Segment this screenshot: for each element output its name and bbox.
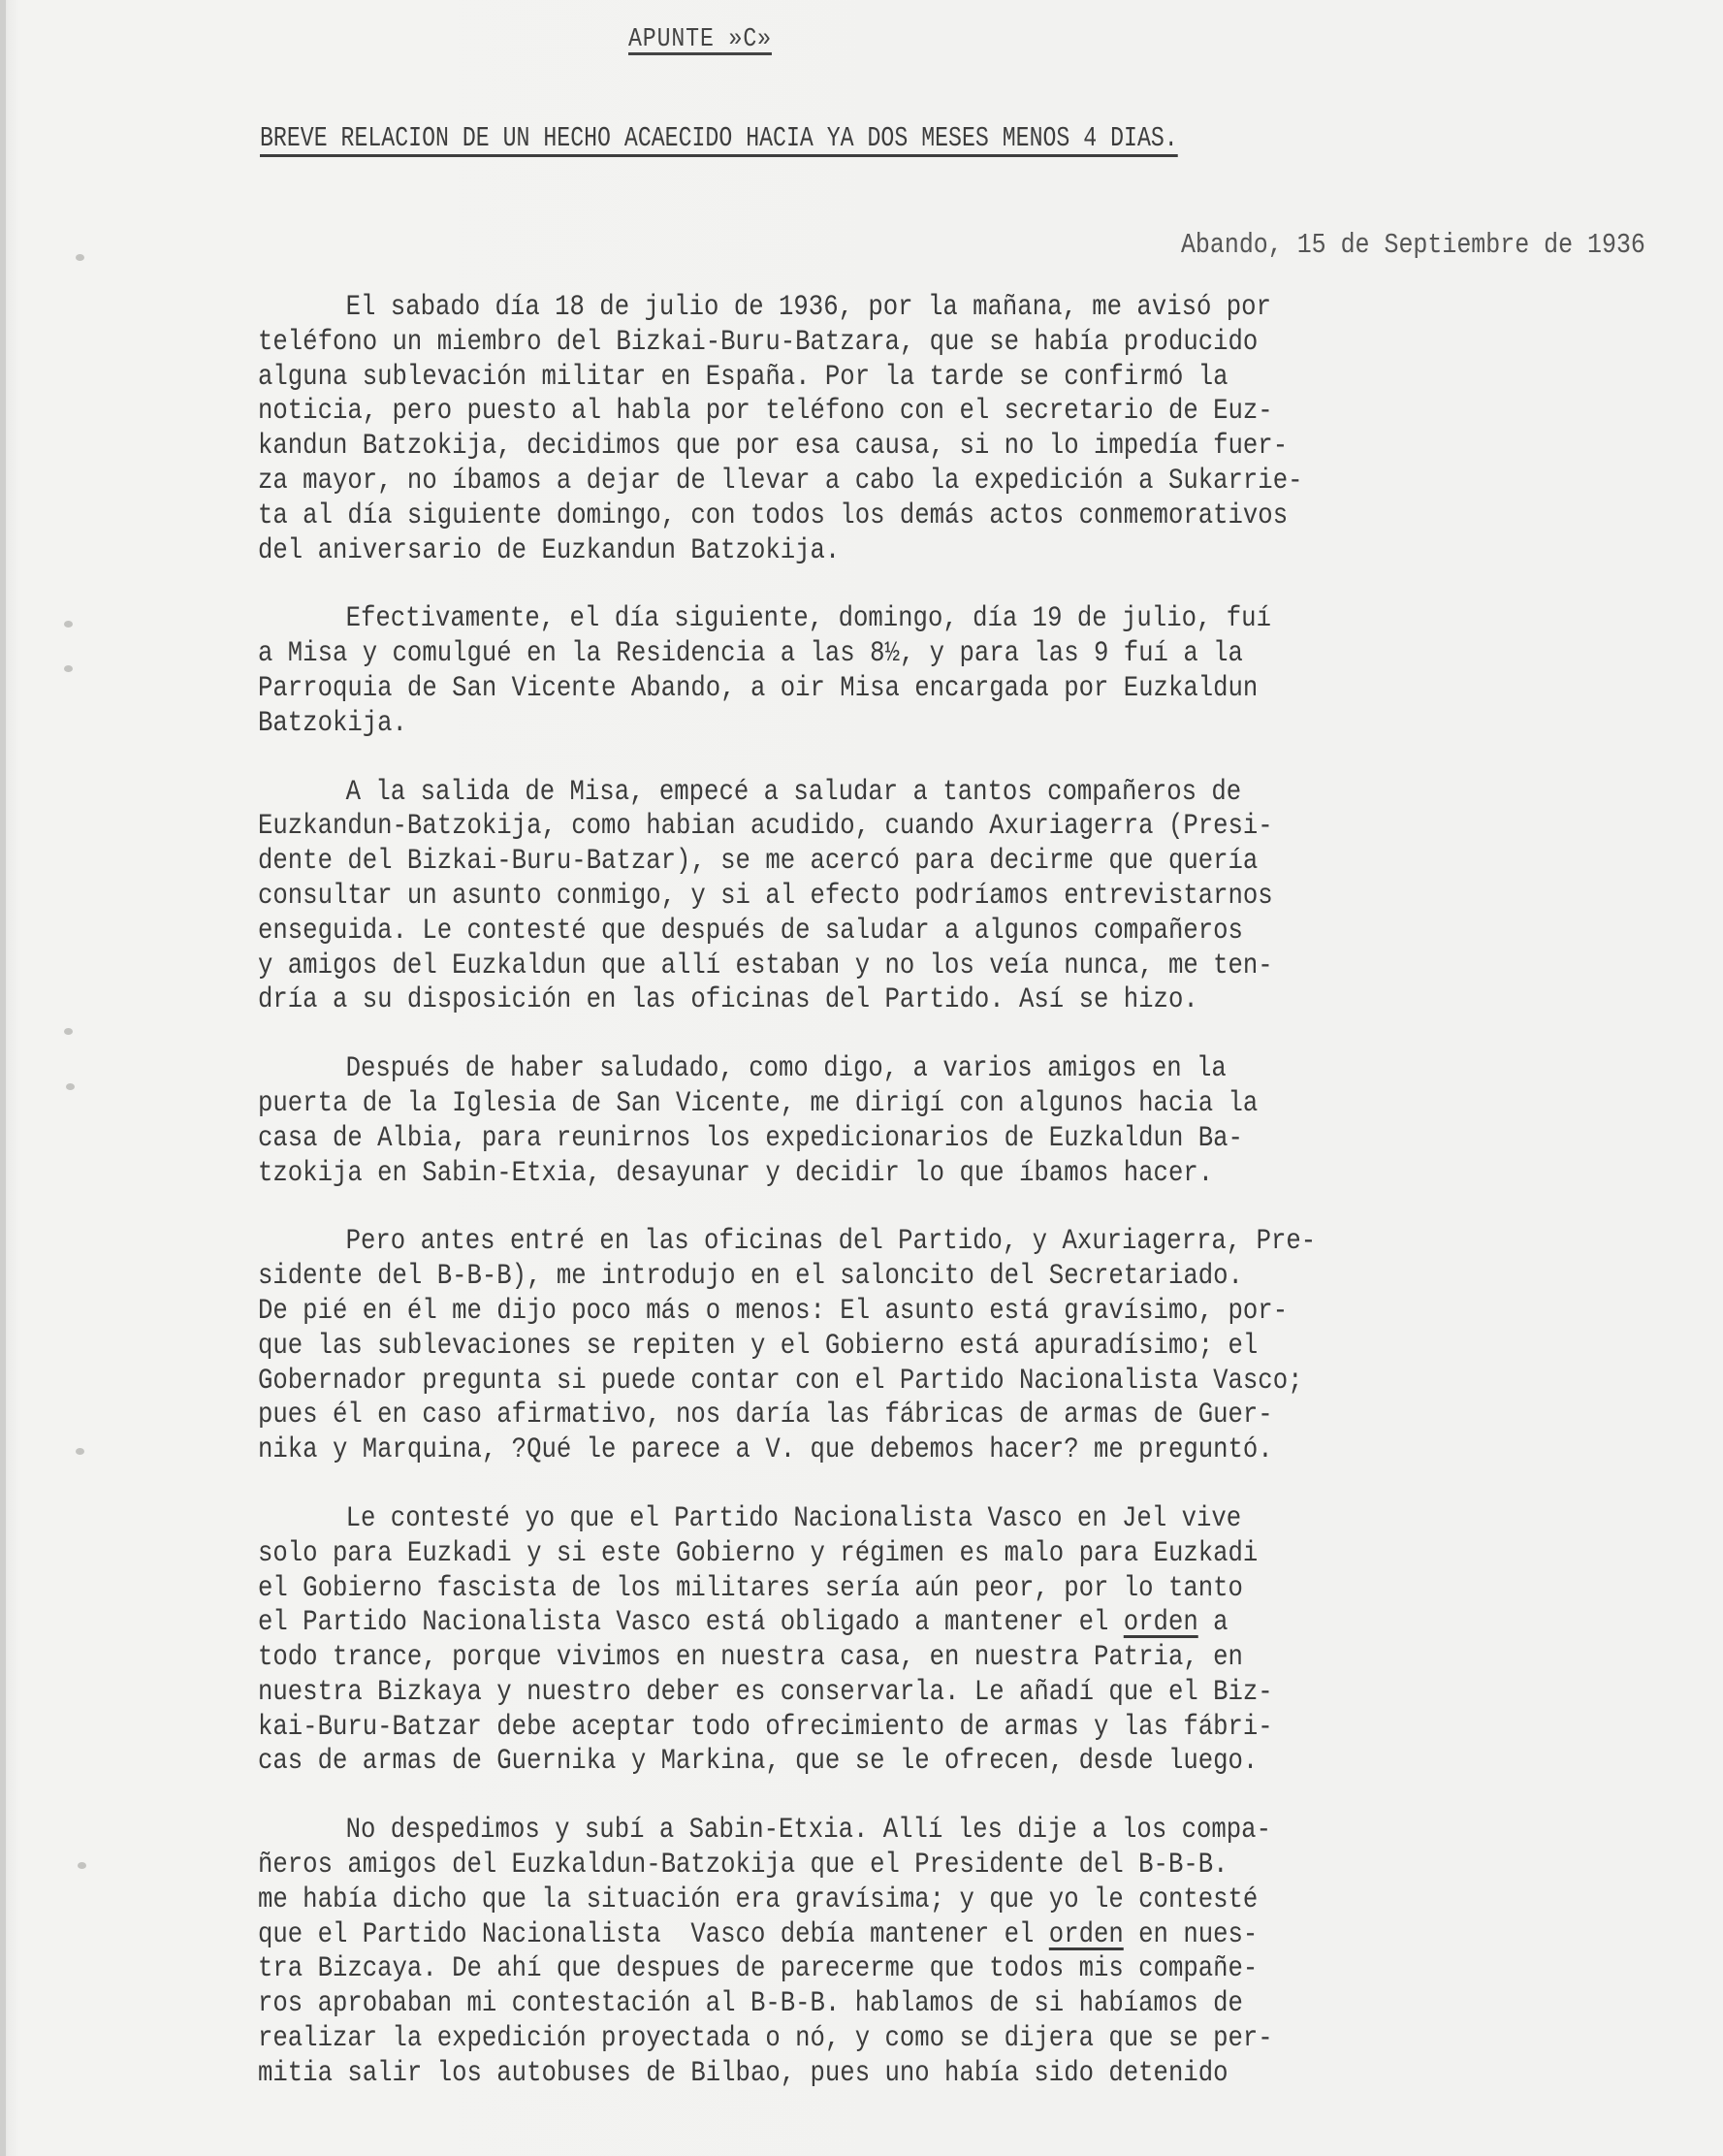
text-line: y amigos del Euzkaldun que allí estaban … (258, 949, 1468, 984)
text-line: tra Bizcaya. De ahí que despues de parec… (258, 1952, 1468, 1987)
text-line: todo trance, porque vivimos en nuestra c… (258, 1641, 1468, 1676)
punch-hole (66, 1083, 75, 1090)
document-subtitle: BREVE RELACION DE UN HECHO ACAECIDO HACI… (260, 122, 1178, 154)
text-line: ros aprobaban mi contestación al B-B-B. … (258, 1987, 1468, 2022)
text-line: nuestra Bizkaya y nuestro deber es conse… (258, 1676, 1468, 1711)
paragraph: Efectivamente, el día siguiente, domingo… (258, 602, 1674, 741)
text-line: me había dicho que la situación era grav… (258, 1883, 1468, 1918)
text-line: kandun Batzokija, decidimos que por esa … (258, 430, 1468, 465)
text-line: El sabado día 18 de julio de 1936, por l… (258, 291, 1468, 326)
dateline: Abando, 15 de Septiembre de 1936 (1181, 229, 1645, 261)
text-line: ñeros amigos del Euzkaldun-Batzokija que… (258, 1849, 1468, 1883)
text-line: el Partido Nacionalista Vasco está oblig… (258, 1606, 1468, 1641)
punch-hole (78, 1862, 86, 1869)
paragraph: Después de haber saludado, como digo, a … (258, 1052, 1674, 1191)
text-line: alguna sublevación militar en España. Po… (258, 361, 1468, 396)
paragraph: No despedimos y subí a Sabin-Etxia. Allí… (258, 1814, 1674, 2091)
punch-hole (76, 1448, 84, 1455)
text-line: puerta de la Iglesia de San Vicente, me … (258, 1087, 1468, 1122)
text-line: a Misa y comulgué en la Residencia a las… (258, 637, 1468, 672)
punch-hole (64, 621, 73, 627)
text-line: casa de Albia, para reunirnos los expedi… (258, 1122, 1468, 1157)
text-line: pues él en caso afirmativo, nos daría la… (258, 1399, 1468, 1433)
punch-hole (64, 665, 73, 672)
text-line: za mayor, no íbamos a dejar de llevar a … (258, 465, 1468, 499)
text-line: nika y Marquina, ?Qué le parece a V. que… (258, 1433, 1468, 1468)
text-line: tzokija en Sabin-Etxia, desayunar y deci… (258, 1157, 1468, 1192)
text-line: que las sublevaciones se repiten y el Go… (258, 1330, 1468, 1365)
paragraph: A la salida de Misa, empecé a saludar a … (258, 776, 1674, 1019)
document-body: El sabado día 18 de julio de 1936, por l… (258, 291, 1674, 2126)
text-line: que el Partido Nacionalista Vasco debía … (258, 1918, 1468, 1953)
underlined-word: orden (1049, 1918, 1124, 1951)
text-line: solo para Euzkadi y si este Gobierno y r… (258, 1537, 1468, 1572)
text-line: realizar la expedición proyectada o nó, … (258, 2022, 1468, 2057)
text-line: del aniversario de Euzkandun Batzokija. (258, 534, 1468, 569)
text-line: cas de armas de Guernika y Markina, que … (258, 1745, 1468, 1780)
typewritten-page: APUNTE »C» BREVE RELACION DE UN HECHO AC… (0, 0, 1723, 2156)
text-line: No despedimos y subí a Sabin-Etxia. Allí… (258, 1814, 1468, 1849)
text-line: De pié en él me dijo poco más o menos: E… (258, 1295, 1468, 1330)
text-line: consultar un asunto conmigo, y si al efe… (258, 880, 1468, 915)
text-line: dría a su disposición en las oficinas de… (258, 983, 1468, 1018)
text-line: mitia salir los autobuses de Bilbao, pue… (258, 2057, 1468, 2092)
paragraph: Le contesté yo que el Partido Nacionalis… (258, 1502, 1674, 1780)
text-line: Euzkandun-Batzokija, como habian acudido… (258, 810, 1468, 845)
punch-hole (76, 254, 84, 261)
text-line: el Gobierno fascista de los militares se… (258, 1572, 1468, 1607)
text-line: Después de haber saludado, como digo, a … (258, 1052, 1468, 1087)
text-line: ta al día siguiente domingo, con todos l… (258, 499, 1468, 534)
paragraph: Pero antes entré en las oficinas del Par… (258, 1225, 1674, 1468)
paper-edge (0, 0, 6, 2156)
text-line: sidente del B-B-B), me introdujo en el s… (258, 1260, 1468, 1295)
text-line: kai-Buru-Batzar debe aceptar todo ofreci… (258, 1711, 1468, 1746)
underlined-word: orden (1124, 1606, 1198, 1639)
document-title: APUNTE »C» (628, 25, 772, 54)
text-line: dente del Bizkai-Buru-Batzar), se me ace… (258, 845, 1468, 880)
text-line: Parroquia de San Vicente Abando, a oir M… (258, 672, 1468, 707)
punch-hole (64, 1028, 73, 1035)
text-line: A la salida de Misa, empecé a saludar a … (258, 776, 1468, 811)
text-line: Efectivamente, el día siguiente, domingo… (258, 602, 1468, 637)
text-line: Batzokija. (258, 707, 1468, 742)
paragraph: El sabado día 18 de julio de 1936, por l… (258, 291, 1674, 568)
text-line: noticia, pero puesto al habla por teléfo… (258, 395, 1468, 430)
text-line: Gobernador pregunta si puede contar con … (258, 1365, 1468, 1400)
text-line: Pero antes entré en las oficinas del Par… (258, 1225, 1468, 1260)
text-line: teléfono un miembro del Bizkai-Buru-Batz… (258, 326, 1468, 361)
text-line: enseguida. Le contesté que después de sa… (258, 915, 1468, 949)
text-line: Le contesté yo que el Partido Nacionalis… (258, 1502, 1468, 1537)
